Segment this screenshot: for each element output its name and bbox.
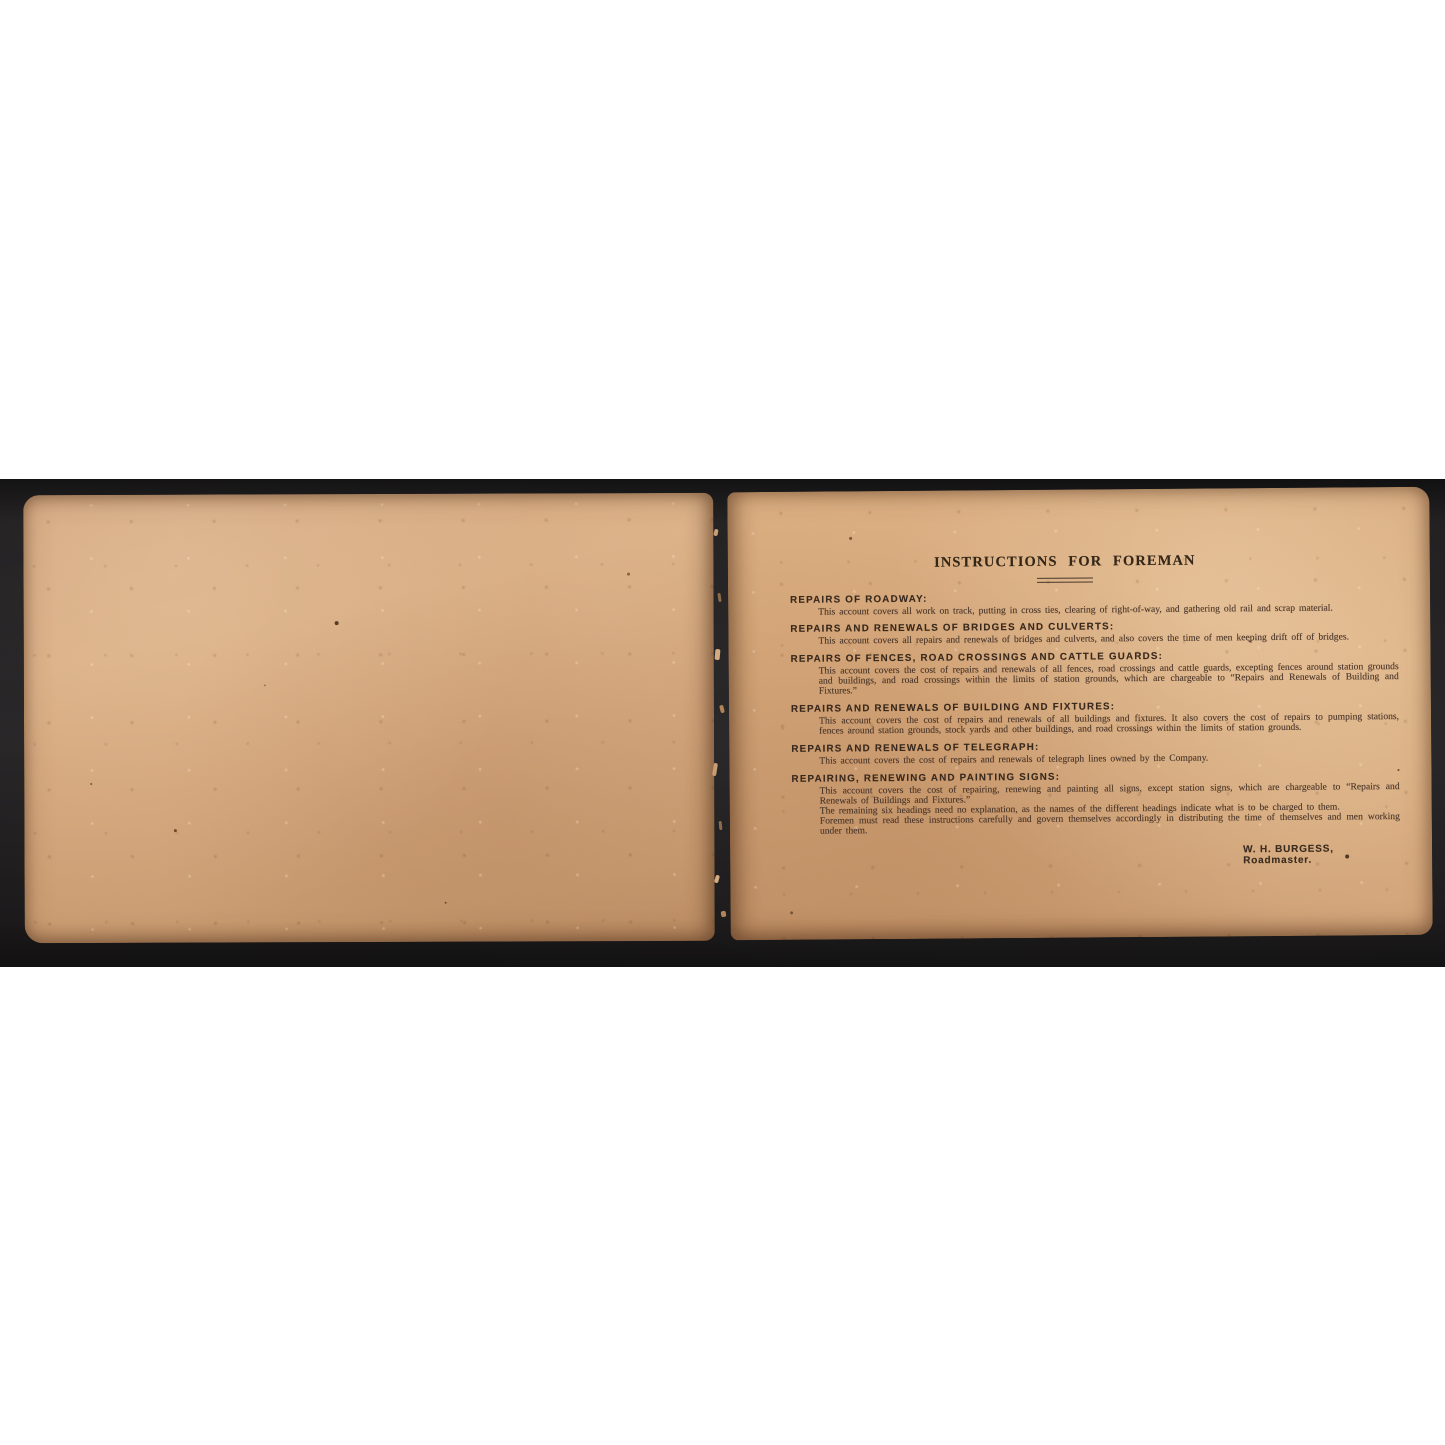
booklet-photo: INSTRUCTIONS FOR FOREMAN REPAIRS OF ROAD…: [0, 479, 1445, 967]
torn-paper-fragment: [719, 705, 725, 714]
page-title: INSTRUCTIONS FOR FOREMAN: [790, 552, 1340, 572]
section-telegraph: REPAIRS AND RENEWALS OF TELEGRAPH: This …: [791, 739, 1399, 767]
binding-gutter: [705, 491, 737, 941]
section-paragraph: This account covers the cost of repairs …: [819, 752, 1399, 767]
instructions-page: INSTRUCTIONS FOR FOREMAN REPAIRS OF ROAD…: [727, 487, 1432, 940]
paper-specks: [23, 495, 25, 497]
section-fences-crossings-cattle-guards: REPAIRS OF FENCES, ROAD CROSSINGS AND CA…: [791, 649, 1399, 697]
section-building-and-fixtures: REPAIRS AND RENEWALS OF BUILDING AND FIX…: [791, 699, 1399, 737]
section-paragraph: Foremen must read these instructions car…: [820, 812, 1400, 837]
section-bridges-and-culverts: REPAIRS AND RENEWALS OF BRIDGES AND CULV…: [790, 619, 1398, 647]
torn-paper-fragment: [712, 763, 718, 776]
torn-paper-fragment: [717, 593, 721, 602]
signature-line: W. H. BURGESS, Roadmaster.: [1243, 843, 1400, 866]
section-paragraph: This account covers the cost of repairs …: [819, 712, 1399, 737]
section-painting-signs: REPAIRING, RENEWING AND PAINTING SIGNS: …: [791, 769, 1399, 838]
section-repairs-of-roadway: REPAIRS OF ROADWAY: This account covers …: [790, 590, 1398, 618]
torn-paper-fragment: [721, 911, 727, 918]
torn-paper-fragment: [714, 875, 720, 884]
torn-paper-fragment: [715, 649, 721, 660]
section-paragraph: This account covers all work on track, p…: [818, 603, 1398, 618]
torn-paper-fragment: [719, 821, 723, 830]
section-paragraph: This account covers all repairs and rene…: [818, 632, 1398, 647]
section-paragraph: This account covers the cost of repairs …: [819, 662, 1399, 697]
printed-text-block: INSTRUCTIONS FOR FOREMAN REPAIRS OF ROAD…: [790, 551, 1400, 869]
torn-paper-fragment: [713, 529, 718, 537]
listing-photo-canvas: INSTRUCTIONS FOR FOREMAN REPAIRS OF ROAD…: [0, 0, 1445, 1445]
blank-left-page: [23, 493, 715, 943]
title-divider: [1037, 577, 1093, 582]
